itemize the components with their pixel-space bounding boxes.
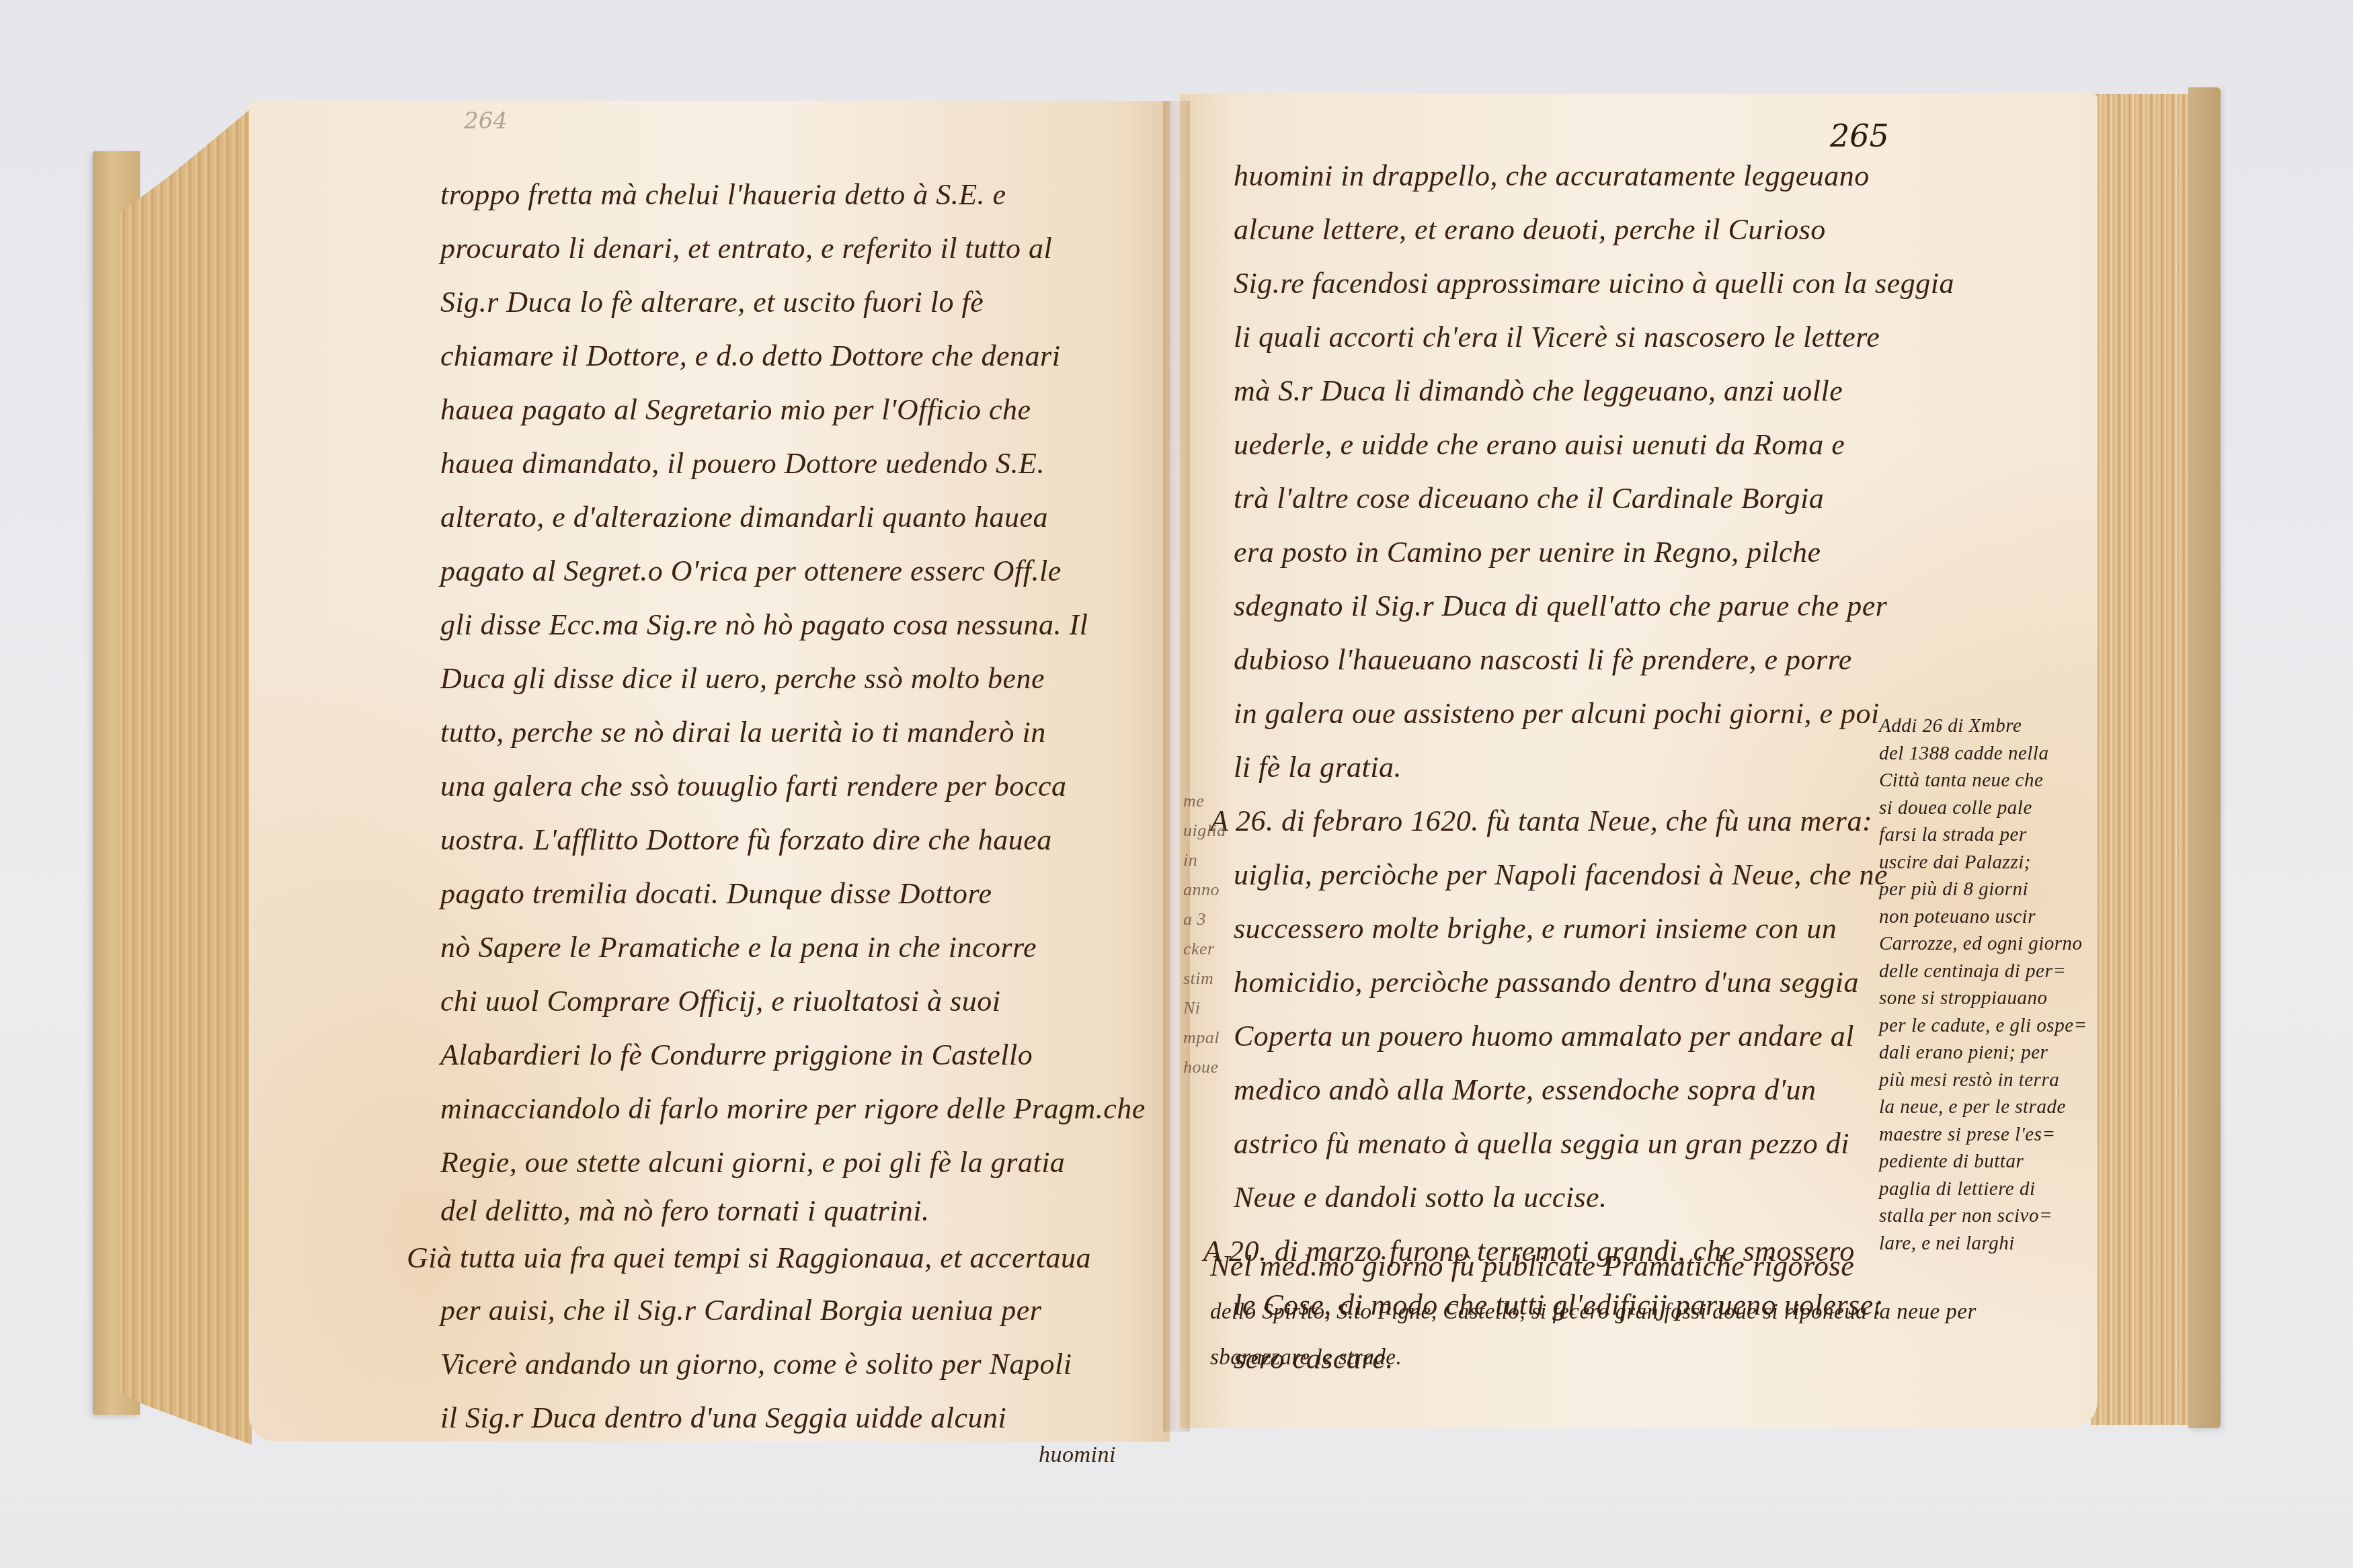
text-line: successero molte brighe, e rumori insiem… bbox=[1234, 902, 1954, 956]
gutter-line: houe bbox=[1183, 1053, 1226, 1082]
text-line: minacciandolo di farlo morire per rigore… bbox=[440, 1082, 1146, 1136]
text-line: alcune lettere, et erano deuoti, perche … bbox=[1234, 203, 1954, 257]
gutter-line: cker bbox=[1183, 934, 1226, 964]
left-page-stack-edge bbox=[118, 108, 252, 1445]
text-line: sdegnato il Sig.r Duca di quell'atto che… bbox=[1234, 579, 1954, 633]
text-line: medico andò alla Morte, essendoche sopra… bbox=[1234, 1063, 1954, 1117]
text-line: nò Sapere le Pramatiche e la pena in che… bbox=[440, 921, 1146, 975]
text-line: chiamare il Dottore, e d.o detto Dottore… bbox=[440, 329, 1146, 383]
text-line: troppo fretta mà chelui l'haueria detto … bbox=[440, 168, 1146, 222]
text-line: A 26. di febraro 1620. fù tanta Neue, ch… bbox=[1210, 794, 1954, 848]
text-line: astrico fù menato à quella seggia un gra… bbox=[1234, 1117, 1954, 1171]
text-line: pagato tremilia docati. Dunque disse Dot… bbox=[440, 867, 1146, 921]
text-line: in galera oue assisteno per alcuni pochi… bbox=[1234, 687, 1954, 741]
margin-line: maestre si prese l'es= bbox=[1879, 1121, 2087, 1149]
text-line: Sig.r Duca lo fè alterare, et uscito fuo… bbox=[440, 276, 1146, 329]
text-line: li quali accorti ch'era il Vicerè si nas… bbox=[1234, 311, 1954, 364]
text-line: Regie, oue stette alcuni giorni, e poi g… bbox=[440, 1136, 1146, 1190]
right-folio-number: 265 bbox=[1830, 118, 1889, 154]
margin-line: Addi 26 di Xmbre bbox=[1879, 712, 2087, 740]
marginal-annotation: Addi 26 di Xmbre del 1388 cadde nella Ci… bbox=[1879, 712, 2087, 1257]
text-line: alterato, e d'alterazione dimandarli qua… bbox=[440, 491, 1146, 544]
text-line: Vicerè andando un giorno, come è solito … bbox=[440, 1337, 1146, 1391]
text-line: Duca gli disse dice il uero, perche ssò … bbox=[440, 652, 1146, 706]
text-line: del delitto, mà nò fero tornati i quatri… bbox=[440, 1190, 1146, 1233]
text-line: hauea dimandato, il pouero Dottore ueden… bbox=[440, 437, 1146, 491]
text-line: uederle, e uidde che erano auisi uenuti … bbox=[1234, 418, 1954, 472]
text-line: sbarazzare le strade. bbox=[1210, 1335, 1977, 1380]
margin-line: non poteuano uscir bbox=[1879, 903, 2087, 931]
text-line: homicidio, perciòche passando dentro d'u… bbox=[1234, 956, 1954, 1009]
text-line: una galera che ssò touuglio farti render… bbox=[440, 759, 1146, 813]
text-line: tutto, perche se nò dirai la uerità io t… bbox=[440, 706, 1146, 759]
text-line: pagato al Segret.o O'rica per ottenere e… bbox=[440, 544, 1146, 598]
text-line: trà l'altre cose diceuano che il Cardina… bbox=[1234, 472, 1954, 526]
text-line: mà S.r Duca li dimandò che leggeuano, an… bbox=[1234, 364, 1954, 418]
left-folio-number: 264 bbox=[464, 108, 508, 134]
gutter-line: mpal bbox=[1183, 1023, 1226, 1053]
open-manuscript-book: 264 265 troppo fretta mà chelui l'haueri… bbox=[0, 0, 2353, 1568]
margin-line: sone si stroppiauano bbox=[1879, 985, 2087, 1012]
text-line: huomini in drappello, che accuratamente … bbox=[1234, 149, 1954, 203]
text-line: Coperta un pouero huomo ammalato per and… bbox=[1234, 1009, 1954, 1063]
text-line: chi uuol Comprare Officij, e riuoltatosi… bbox=[440, 975, 1146, 1028]
text-line: procurato li denari, et entrato, e refer… bbox=[440, 222, 1146, 276]
text-line: Nel med.mo giorno fù publicate Pramatich… bbox=[1210, 1243, 1977, 1289]
text-line: il Sig.r Duca dentro d'una Seggia uidde … bbox=[440, 1391, 1146, 1445]
text-line: dubioso l'haueuano nascosti li fè prende… bbox=[1234, 633, 1954, 687]
gutter-line: me bbox=[1183, 786, 1226, 816]
gutter-annotation: me uiglia in anno a 3 cker stim Ni mpal … bbox=[1183, 786, 1226, 1082]
text-line: dello Spirito, S.to Pigne, Castello, si … bbox=[1210, 1289, 1977, 1335]
margin-line: del 1388 cadde nella bbox=[1879, 740, 2087, 768]
text-line: per auisi, che il Sig.r Cardinal Borgia … bbox=[440, 1284, 1146, 1337]
margin-line: delle centinaja di per= bbox=[1879, 958, 2087, 985]
margin-line: per le cadute, e gli ospe= bbox=[1879, 1012, 2087, 1040]
text-line: Alabardieri lo fè Condurre priggione in … bbox=[440, 1028, 1146, 1082]
text-line: hauea pagato al Segretario mio per l'Off… bbox=[440, 383, 1146, 437]
margin-line: si douea colle pale bbox=[1879, 794, 2087, 822]
margin-line: uscire dai Palazzi; bbox=[1879, 849, 2087, 876]
gutter-line: in bbox=[1183, 845, 1226, 875]
text-line: gli disse Ecc.ma Sig.re nò hò pagato cos… bbox=[440, 598, 1146, 652]
margin-line: per più di 8 giorni bbox=[1879, 876, 2087, 903]
gutter-line: a 3 bbox=[1183, 905, 1226, 934]
margin-line: lare, e nei larghi bbox=[1879, 1230, 2087, 1257]
right-cover-board bbox=[2188, 87, 2221, 1428]
text-line: Sig.re facendosi approssimare uicino à q… bbox=[1234, 257, 1954, 311]
gutter-line: anno bbox=[1183, 875, 1226, 905]
right-page-footer-text: Nel med.mo giorno fù publicate Pramatich… bbox=[1210, 1243, 1977, 1380]
text-line: uiglia, perciòche per Napoli facendosi à… bbox=[1234, 848, 1954, 902]
left-page-text: troppo fretta mà chelui l'haueria detto … bbox=[440, 168, 1146, 1472]
margin-line: stalla per non scivo= bbox=[1879, 1202, 2087, 1230]
margin-line: dali erano pieni; per bbox=[1879, 1039, 2087, 1067]
right-page-text: huomini in drappello, che accuratamente … bbox=[1234, 149, 1954, 1386]
text-line: Neue e dandoli sotto la uccise. bbox=[1234, 1171, 1954, 1225]
text-line: Già tutta uia fra quei tempi si Raggiona… bbox=[407, 1233, 1146, 1284]
text-line: li fè la gratia. bbox=[1234, 741, 1954, 794]
gutter-line: uiglia bbox=[1183, 816, 1226, 845]
book-gutter bbox=[1163, 101, 1190, 1432]
margin-line: più mesi restò in terra bbox=[1879, 1067, 2087, 1094]
margin-line: farsi la strada per bbox=[1879, 821, 2087, 849]
text-line: uostra. L'afflitto Dottore fù forzato di… bbox=[440, 813, 1146, 867]
margin-line: Carrozze, ed ogni giorno bbox=[1879, 930, 2087, 958]
margin-line: pediente di buttar bbox=[1879, 1148, 2087, 1175]
margin-line: la neue, e per le strade bbox=[1879, 1094, 2087, 1121]
margin-line: Città tanta neue che bbox=[1879, 767, 2087, 794]
text-line: era posto in Camino per uenire in Regno,… bbox=[1234, 526, 1954, 579]
gutter-line: Ni bbox=[1183, 993, 1226, 1023]
catchword: huomini bbox=[1039, 1445, 1146, 1472]
gutter-line: stim bbox=[1183, 964, 1226, 993]
margin-line: paglia di lettiere di bbox=[1879, 1175, 2087, 1203]
